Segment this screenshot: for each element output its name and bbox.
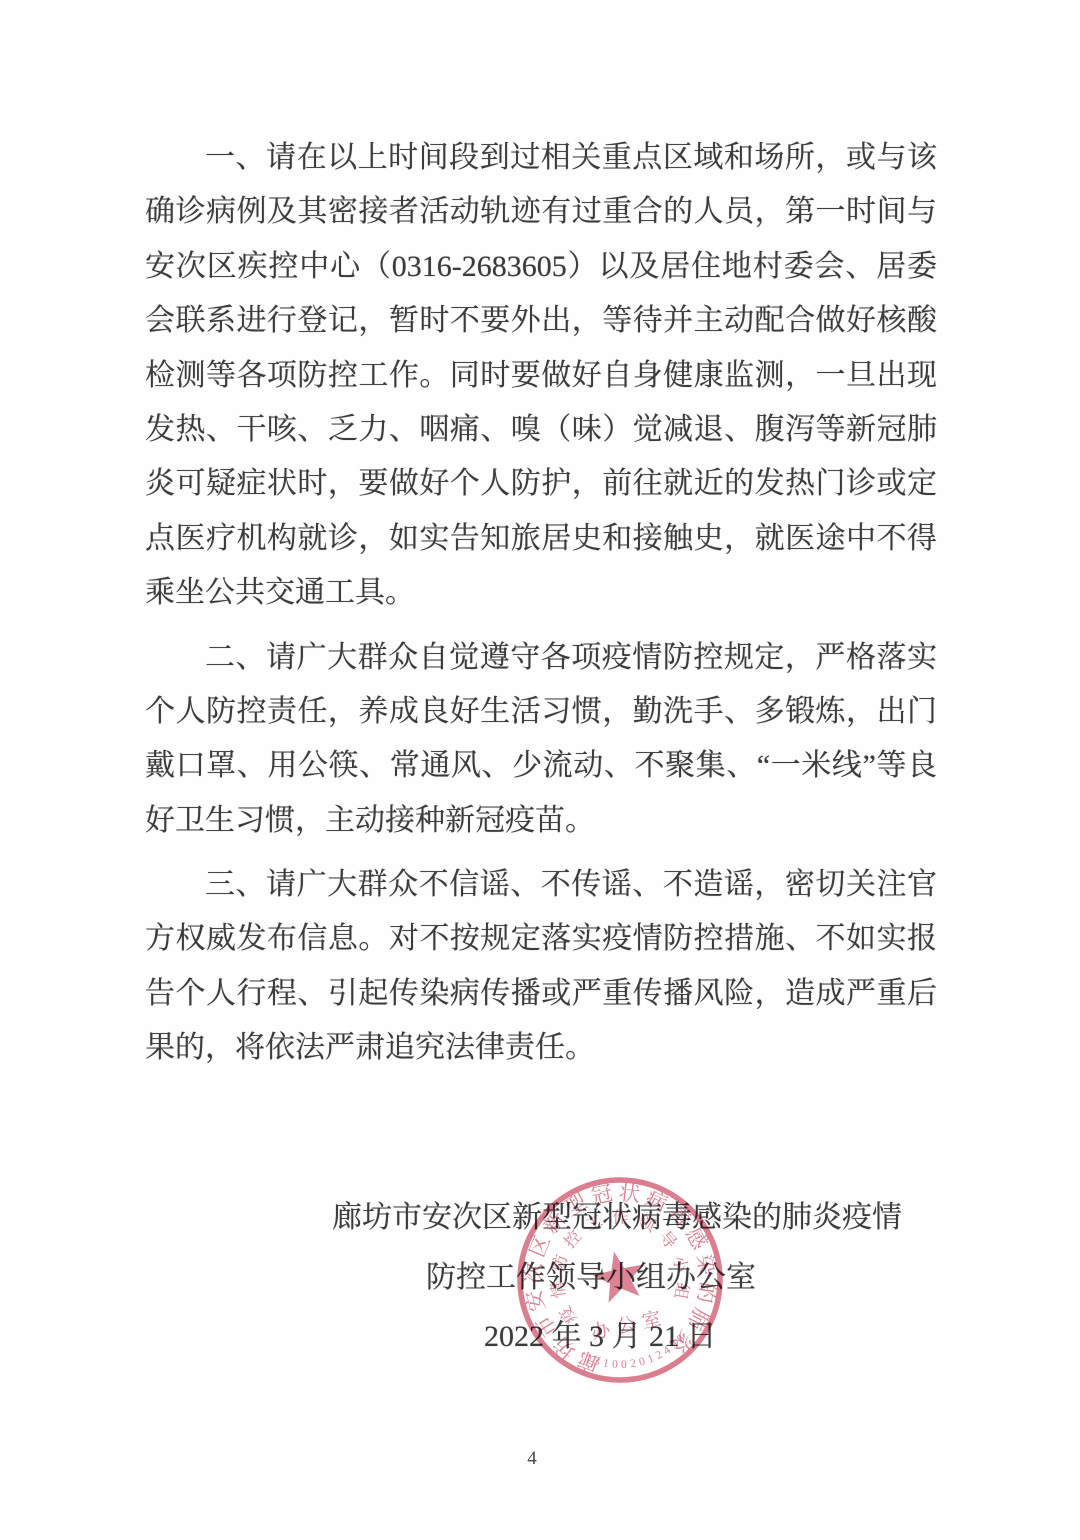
seal-arc-text-outer: 安: [521, 1288, 549, 1314]
seal-serial-number: 2: [629, 1358, 637, 1371]
paragraph-line: 乘坐公共交通工具。: [145, 566, 937, 620]
seal-arc-text-inner: 防: [548, 1252, 571, 1273]
paragraph-line: 点医疗机构就诊，如实告知旅居史和接触史，就医途中不得: [145, 512, 937, 566]
paragraph-3: 三、请广大群众不信谣、不传谣、不造谣，密切关注官方权威发布信息。对不按规定落实疫…: [145, 858, 937, 1076]
paragraph-line: 戴口罩、用公筷、常通风、少流动、不聚集、“一米线”等良: [145, 739, 937, 793]
paragraph-line: 炎可疑症状时，要做好个人防护，前往就近的发热门诊或定: [145, 457, 937, 511]
seal-star-icon: [589, 1246, 649, 1304]
seal-arc-text-inner: 领: [635, 1211, 658, 1235]
seal-arc-text-outer: 染: [692, 1252, 719, 1277]
seal-arc-text-outer: 次: [520, 1262, 546, 1285]
paragraph-line: 果的，将依法严肃追究法律责任。: [145, 1021, 937, 1075]
paragraph-line: 一、请在以上时间段到过相关重点区域和场所，或与该: [145, 131, 937, 185]
paragraph-line: 个人防控责任，养成良好生活习惯，勤洗手、多锻炼，出门: [145, 685, 937, 739]
document-body: 一、请在以上时间段到过相关重点区域和场所，或与该确诊病例及其密接者活动轨迹有过重…: [145, 131, 937, 1076]
official-seal: 廊坊市安次区新型冠状病毒感染的肺炎疫情防控工作领导小组131002012498办…: [511, 1171, 729, 1389]
paragraph-line: 会联系进行登记，暂时不要外出，等待并主动配合做好核酸: [145, 294, 937, 348]
seal-serial-number: 0: [621, 1359, 628, 1371]
seal-arc-text-inner: 控: [560, 1227, 585, 1252]
paragraph-line: 二、请广大群众自觉遵守各项疫情防控规定，严格落实: [145, 631, 937, 685]
paragraph-1: 一、请在以上时间段到过相关重点区域和场所，或与该确诊病例及其密接者活动轨迹有过重…: [145, 131, 937, 621]
seal-arc-text-outer: 状: [618, 1180, 642, 1206]
paragraph-line: 三、请广大群众不信谣、不传谣、不造谣，密切关注官: [145, 858, 937, 912]
seal-arc-text-inner: 组: [671, 1281, 693, 1301]
seal-arc-text-inner: 导: [655, 1228, 680, 1253]
paragraph-line: 确诊病例及其密接者活动轨迹有过重合的人员，第一时间与: [145, 185, 937, 239]
document-page: 一、请在以上时间段到过相关重点区域和场所，或与该确诊病例及其密接者活动轨迹有过重…: [0, 0, 1080, 1540]
seal-arc-text-inner: 疫: [555, 1302, 580, 1327]
paragraph-line: 检测等各项防控工作。同时要做好自身健康监测，一旦出现: [145, 349, 937, 403]
paragraph-line: 安次区疾控中心（0316-2683605）以及居住地村委会、居委: [145, 240, 937, 294]
paragraph-line: 告个人行程、引起传染病传播或严重传播风险，造成严重后: [145, 967, 937, 1021]
seal-serial-number: 1: [602, 1357, 610, 1370]
seal-arc-text-outer: 的: [693, 1280, 720, 1304]
seal-center-text: 办公室: [589, 1306, 670, 1344]
page-number: 4: [512, 1448, 552, 1470]
paragraph-line: 好卫生习惯，主动接种新冠疫苗。: [145, 794, 937, 848]
seal-arc-text-inner: 工: [583, 1211, 606, 1235]
paragraph-line: 方权威发布信息。对不按规定落实疫情防控措施、不如实报: [145, 912, 937, 966]
seal-arc-text-inner: 小: [669, 1254, 692, 1275]
seal-serial-number: 0: [612, 1359, 619, 1371]
seal-serial-number: 0: [638, 1355, 647, 1368]
seal-arc-text-inner: 情: [548, 1280, 569, 1300]
paragraph-2: 二、请广大群众自觉遵守各项疫情防控规定，严格落实个人防控责任，养成良好生活习惯，…: [145, 631, 937, 849]
seal-arc-text-inner: 作: [612, 1208, 629, 1227]
seal-arc-text-outer: 冠: [589, 1181, 615, 1209]
paragraph-line: 发热、干咳、乏力、咽痛、嗅（味）觉减退、腹泻等新冠肺: [145, 403, 937, 457]
